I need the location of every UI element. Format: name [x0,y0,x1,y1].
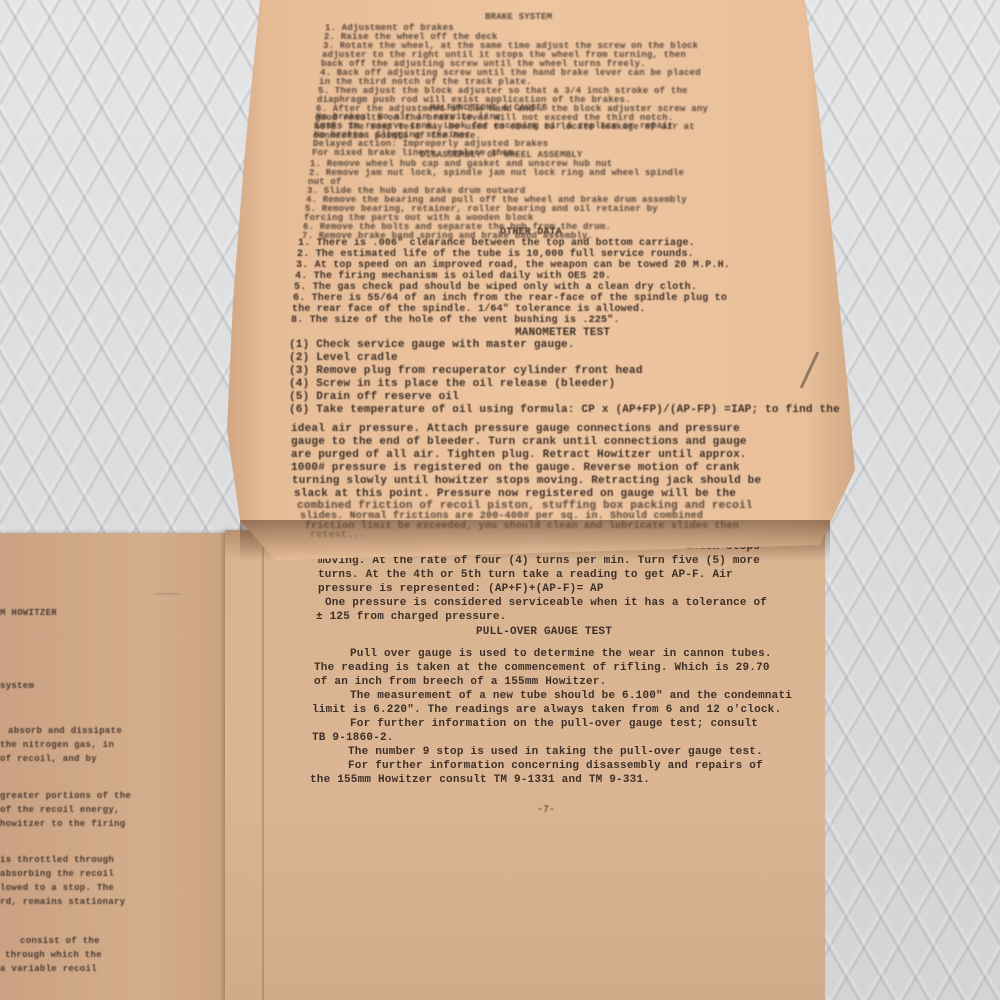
left-text-line: rd, remains stationary [0,897,125,907]
left-page-mark: ______ [155,588,180,596]
text-line: One pressure is considered serviceable w… [325,597,767,609]
page-number: -7- [537,805,555,816]
step-line: (1) Check service gauge with master gaug… [289,339,575,351]
left-text-line: consist of the [20,936,100,946]
text-line: 6. There is 55/64 of an inch from the re… [293,293,727,304]
spine [262,538,264,1000]
text-line: 2. The estimated life of the tube is 10,… [297,249,694,260]
text-line: 2. Remove jam nut lock, spindle jam nut … [309,168,684,178]
text-line: gauge to the end of bleeder. Turn crank … [291,436,747,448]
left-text-line: the nitrogen gas, in [0,740,114,750]
text-line: 5. The gas check pad should be wiped onl… [294,282,697,293]
text-line: are purged of all air. Tighten plug. Ret… [291,449,747,461]
text-line: ideal air pressure. Attach pressure gaug… [291,423,740,435]
left-text-line: a variable recoil [0,964,97,974]
left-page-section: system [0,681,34,691]
text-line: pressure is represented: (AP+F)+(AP-F)= … [318,583,604,595]
text-line: Pull over gauge is used to determine the… [350,648,772,660]
step-line: (5) Drain off reserve oil [289,391,459,403]
text-line: The number 9 stop is used in taking the … [348,746,763,758]
step-line: (6) Take temperature of oil using formul… [289,404,840,416]
text-line: The reading is taken at the commencement… [314,662,770,674]
text-line: 8. The size of the hole of the vent bush… [291,315,620,326]
step-line: (3) Remove plug from recuperator cylinde… [289,365,643,377]
section-heading: BRAKE SYSTEM [485,12,552,22]
text-line: friction limit be exceeded, you should c… [305,521,739,532]
text-line: slack at this point. Pressure now regist… [294,488,736,500]
section-heading: MANOMETER TEST [515,327,610,339]
left-text-line: is throttled through [0,855,114,865]
text-line: turns. At the 4th or 5th turn take a rea… [318,569,733,581]
left-text-line: absorbing the recoil [0,869,114,879]
step-line: (4) Screw in its place the oil release (… [289,378,615,390]
text-line: limit is 6.220". The readings are always… [312,704,781,716]
left-page-header: M HOWITZER [0,608,57,618]
text-line: turning slowly until howitzer stops movi… [292,475,761,487]
text-line: retest... [310,530,366,541]
text-line: TB 9-1860-2. [312,732,394,744]
left-text-line: absorb and dissipate [8,726,122,736]
text-line: The measurement of a new tube should be … [350,690,792,702]
left-text-line: howitzer to the firing [0,819,125,829]
text-line: the 155mm Howitzer consult TM 9-1331 and… [310,774,650,786]
text-line: of an inch from breech of a 155mm Howitz… [314,676,606,688]
text-line: For further information on the pull-over… [350,718,758,730]
left-text-line: greater portions of the [0,791,131,801]
left-text-line: of the recoil energy, [0,805,120,815]
text-line: For further information concerning disas… [348,760,763,772]
text-line: 3. At top speed on an improved road, the… [296,260,730,271]
step-line: (2) Level cradle [289,352,398,364]
text-line: 1000# pressure is registered on the gaug… [291,462,740,474]
left-page: ______ M HOWITZER system absorb and diss… [0,533,250,1000]
section-heading: OTHER DATA [500,227,562,238]
left-text-line: lowed to a stop. The [0,883,114,893]
left-text-line: of recoil, and by [0,754,97,764]
text-line: ± 125 from charged pressure. [316,611,506,623]
text-line: the rear face of the spindle. 1/64" tole… [292,304,645,315]
text-line: 1. There is .006" clearance between the … [298,238,695,249]
left-text-line: through which the [5,950,102,960]
section-heading: PULL-OVER GAUGE TEST [476,626,612,638]
text-line: 4. The firing mechanism is oiled daily w… [295,271,611,282]
